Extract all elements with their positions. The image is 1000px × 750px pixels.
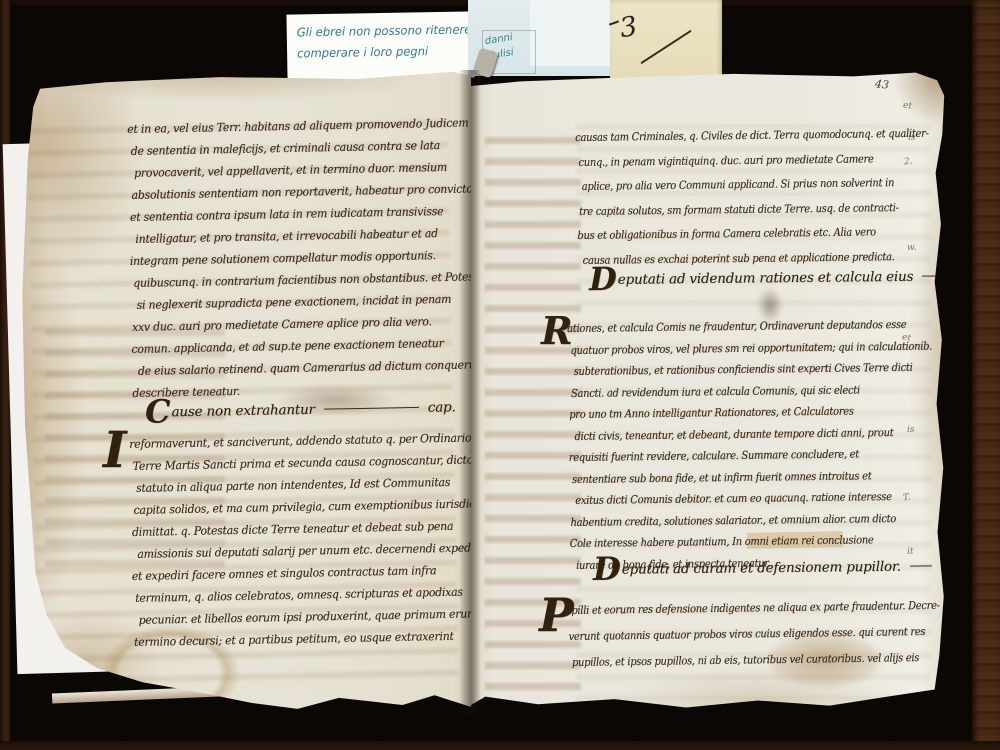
heading-text: ause non extrahantur	[171, 402, 315, 420]
margin-mark: is	[907, 425, 915, 435]
archivist-note: Gli ebrei non possono ritenerecomperare …	[286, 11, 474, 80]
paragraph-initial: I	[103, 420, 126, 479]
right-paragraph-1: causas tam Criminales, q. Civiles de dic…	[575, 122, 935, 273]
margin-mark: et	[901, 332, 912, 343]
heading-rule	[324, 407, 419, 410]
tab-pen-stroke	[609, 20, 619, 25]
white-slip	[530, 0, 612, 66]
heading-text: eputati ad videndum rationes et calcula …	[618, 269, 914, 288]
margin-mark: T.	[902, 493, 911, 504]
margin-annotations: etis2.w.etisT.it	[901, 95, 931, 655]
left-heading: Cause non extrahanturcap.	[145, 387, 456, 430]
wood-edge-bottom	[0, 741, 1000, 750]
heading-initial: C	[145, 392, 171, 430]
margin-mark: it	[907, 547, 914, 557]
archivist-note-text: Gli ebrei non possono ritenerecomperare …	[297, 19, 469, 64]
right-heading-1: Deputati ad videndum rationes et calcula…	[589, 256, 1000, 298]
heading-initial: D	[589, 260, 617, 298]
margin-mark: et	[902, 100, 912, 111]
right-page: 43 causas tam Criminales, q. Civiles de …	[471, 70, 949, 712]
heading-initial: D	[593, 550, 621, 588]
tab-slash-mark	[640, 30, 691, 64]
margin-mark: 2.	[904, 157, 914, 168]
heading-cap: cap.	[428, 399, 456, 415]
wood-edge-right	[972, 0, 1000, 750]
folio-number: 43	[874, 77, 889, 91]
left-paragraph-1: et in ea, vel eius Terr. habitans ad ali…	[127, 111, 477, 404]
left-paragraph-2: reformaverunt, et sanciverunt, addendo s…	[129, 426, 478, 653]
margin-mark: is	[908, 133, 916, 143]
heading-cap: cap.	[941, 558, 969, 574]
paper-tab: 3	[610, 0, 722, 80]
heading-text: eputati ad curam et defensionem pupillor…	[622, 559, 901, 578]
left-page: et in ea, vel eius Terr. habitans ad ali…	[15, 68, 471, 716]
right-paragraph-3: upilli et eorum res defensione indigente…	[565, 593, 936, 676]
note-line: comperare i loro pegni	[297, 41, 462, 65]
margin-mark: w.	[907, 243, 917, 253]
note-line: Gli ebrei non possono ritenere	[297, 20, 462, 44]
manuscript-photo: Gli ebrei non possono ritenerecomperare …	[0, 0, 1000, 750]
heading-cap: cap.	[975, 268, 1000, 284]
tab-number: 3	[618, 11, 640, 44]
manuscript-line: pupillos, et ipsos pupillos, ni ab eis, …	[572, 645, 900, 676]
right-paragraph-2: ationes, et calcula Comis ne fraudentur,…	[567, 314, 936, 576]
